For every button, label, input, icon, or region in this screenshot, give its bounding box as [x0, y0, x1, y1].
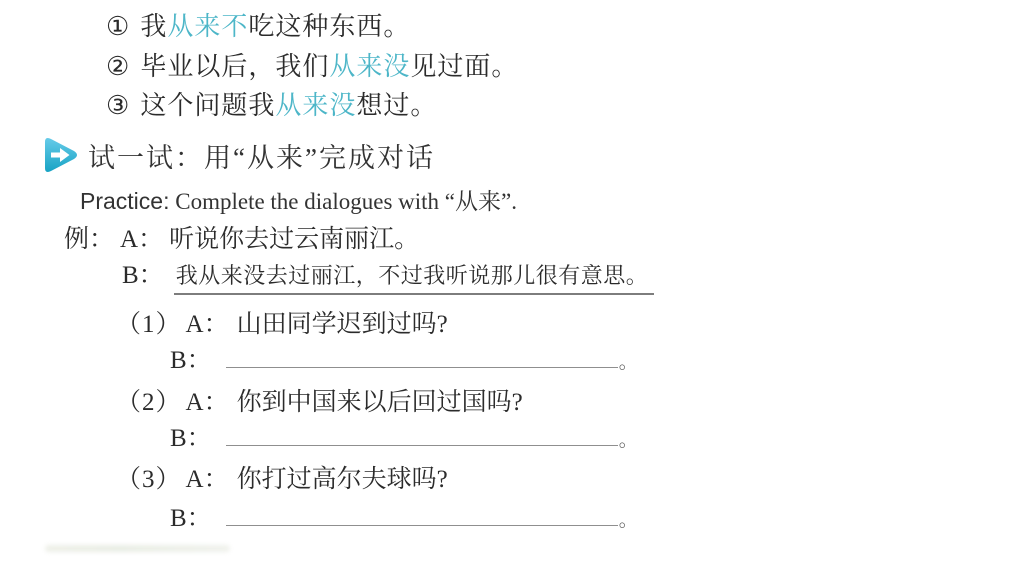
- dialog-item-1-question: （1）A：山田同学迟到过吗?: [116, 304, 448, 340]
- sentence-text: 见过面。: [410, 52, 518, 81]
- faint-watermark: [45, 545, 230, 552]
- question-text: 山田同学迟到过吗?: [237, 311, 448, 338]
- speaker-b-label: B：: [170, 347, 212, 374]
- dialog-example-question: 例：A：听说你去过云南丽江。: [64, 219, 419, 255]
- dialog-item-2-answer: B：。: [170, 418, 638, 454]
- play-arrow-icon: [36, 134, 80, 176]
- speaker-a-label: A：: [186, 311, 229, 338]
- speaker-a-label: A：: [120, 226, 163, 253]
- practice-heading: 试一试：用“从来”完成对话: [88, 136, 435, 175]
- textbook-page: ①我从来不吃这种东西。 ②毕业以后，我们从来没见过面。 ③这个问题我从来没想过。…: [0, 0, 1024, 574]
- answer-blank-line: [226, 423, 618, 446]
- dialog-example-answer: B：我从来没去过丽江，不过我听说那儿很有意思。: [122, 255, 654, 291]
- dialog-item-3-question: （3）A：你打过高尔夫球吗?: [116, 459, 448, 495]
- circled-number-3: ③: [106, 91, 130, 120]
- practice-heading-row: 试一试：用“从来”完成对话: [36, 134, 435, 176]
- speaker-b-label: B：: [122, 262, 164, 289]
- circled-number-1: ①: [106, 12, 130, 41]
- speaker-b-label: B：: [170, 505, 212, 532]
- highlight-term: 从来没: [275, 91, 356, 120]
- sentence-text: 吃这种东西。: [248, 12, 410, 41]
- speaker-b-label: B：: [170, 425, 212, 452]
- item-number: （2）: [116, 389, 182, 416]
- dialog-item-2-question: （2）A：你到中国来以后回过国吗?: [116, 382, 523, 418]
- answer-blank-line: [226, 345, 618, 368]
- practice-subtitle: Practice: Complete the dialogues with “从…: [80, 183, 517, 216]
- sentence-text: 毕业以后，我们: [140, 52, 329, 81]
- practice-subtitle-text: Complete the dialogues with “从来”.: [169, 189, 516, 214]
- example-sentence-3: ③这个问题我从来没想过。: [106, 85, 437, 122]
- example-label: 例：: [64, 226, 114, 253]
- sentence-text: 想过。: [356, 91, 437, 120]
- question-text: 你到中国来以后回过国吗?: [237, 389, 523, 416]
- dialog-item-3-answer: B：。: [170, 498, 638, 534]
- practice-subtitle-label: Practice:: [80, 188, 169, 214]
- speaker-a-label: A：: [186, 466, 229, 493]
- dialog-item-1-answer: B：。: [170, 340, 638, 376]
- sentence-text: 我: [140, 12, 167, 41]
- period-mark: 。: [619, 352, 638, 373]
- answer-text-underlined: 我从来没去过丽江，不过我听说那儿很有意思。: [174, 263, 655, 295]
- item-number: （1）: [116, 311, 182, 338]
- answer-blank-line: [226, 503, 618, 526]
- example-sentence-1: ①我从来不吃这种东西。: [106, 6, 410, 43]
- question-text: 听说你去过云南丽江。: [169, 226, 419, 253]
- highlight-term: 从来不: [167, 12, 248, 41]
- item-number: （3）: [116, 466, 182, 493]
- example-sentence-2: ②毕业以后，我们从来没见过面。: [106, 46, 518, 83]
- circled-number-2: ②: [106, 52, 130, 81]
- period-mark: 。: [619, 430, 638, 451]
- question-text: 你打过高尔夫球吗?: [237, 466, 448, 493]
- highlight-term: 从来没: [329, 52, 410, 81]
- period-mark: 。: [619, 510, 638, 531]
- speaker-a-label: A：: [186, 389, 229, 416]
- sentence-text: 这个问题我: [140, 91, 275, 120]
